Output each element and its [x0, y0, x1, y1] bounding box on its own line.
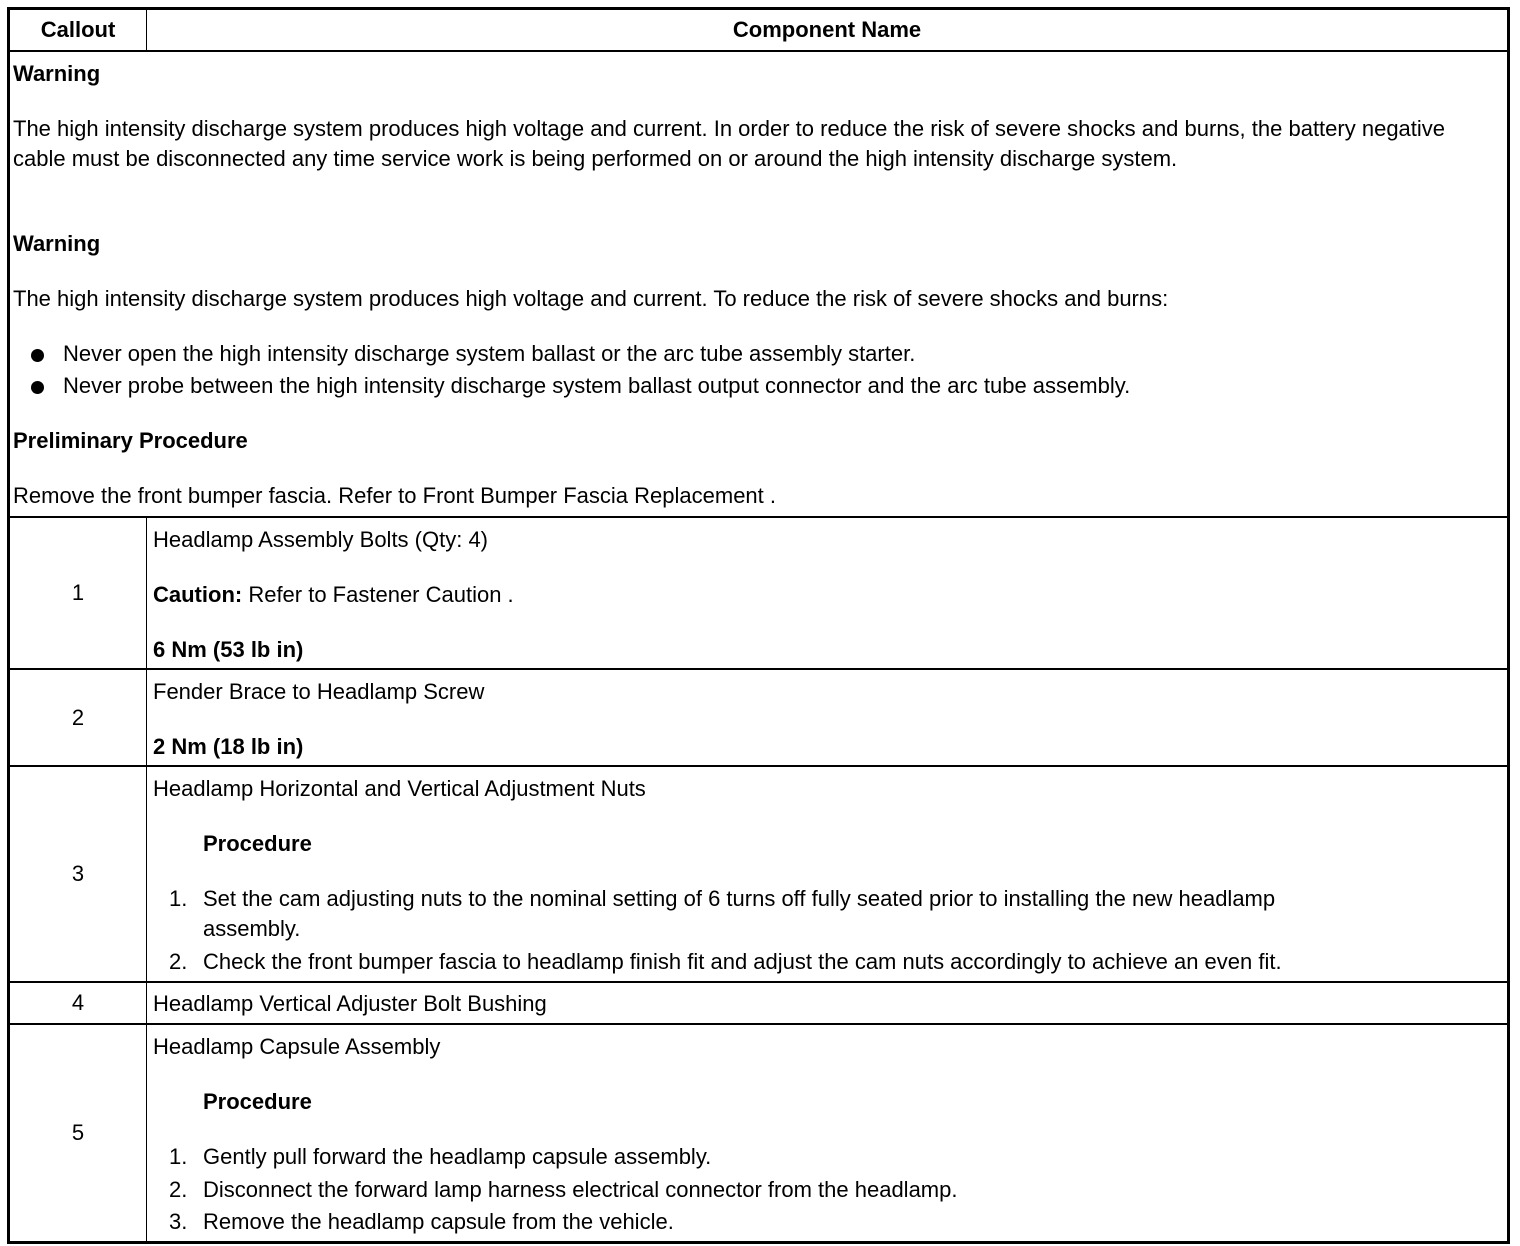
table-row: 1 Headlamp Assembly Bolts (Qty: 4) Cauti…: [10, 516, 1507, 668]
component-cell: Headlamp Horizontal and Vertical Adjustm…: [147, 767, 1507, 981]
component-table: Callout Component Name Warning The high …: [7, 7, 1510, 1244]
step-text: Disconnect the forward lamp harness elec…: [203, 1178, 957, 1202]
warning-text-1: The high intensity discharge system prod…: [13, 114, 1473, 174]
step-number: 1.: [169, 887, 187, 911]
step-text: Check the front bumper fascia to headlam…: [203, 950, 1282, 974]
component-cell: Headlamp Vertical Adjuster Bolt Bushing: [147, 983, 1507, 1023]
callout-cell: 3: [10, 767, 147, 981]
torque-spec: 6 Nm (53 lb in): [153, 638, 303, 662]
component-name: Fender Brace to Headlamp Screw: [153, 680, 484, 704]
table-row: 4 Headlamp Vertical Adjuster Bolt Bushin…: [10, 981, 1507, 1023]
component-name: Headlamp Horizontal and Vertical Adjustm…: [153, 777, 646, 801]
warning-text-2: The high intensity discharge system prod…: [13, 287, 1168, 311]
bullet-icon: [31, 381, 44, 394]
table-header-row: Callout Component Name: [10, 10, 1507, 50]
warning-title-2: Warning: [13, 232, 100, 256]
component-name: Headlamp Vertical Adjuster Bolt Bushing: [153, 992, 547, 1016]
header-callout: Callout: [10, 10, 147, 50]
preliminary-text: Remove the front bumper fascia. Refer to…: [13, 484, 776, 508]
step-number: 3.: [169, 1210, 187, 1234]
step-text: Remove the headlamp capsule from the veh…: [203, 1210, 674, 1234]
step-number: 2.: [169, 1178, 187, 1202]
callout-cell: 4: [10, 983, 147, 1023]
warning-bullet-2: Never probe between the high intensity d…: [63, 374, 1130, 398]
caution-line: Caution: Refer to Fastener Caution .: [153, 583, 514, 607]
preliminary-title: Preliminary Procedure: [13, 429, 248, 453]
callout-cell: 1: [10, 518, 147, 668]
callout-cell: 5: [10, 1025, 147, 1241]
torque-spec: 2 Nm (18 lb in): [153, 735, 303, 759]
step-number: 2.: [169, 950, 187, 974]
procedure-title: Procedure: [203, 1090, 312, 1114]
step-number: 1.: [169, 1145, 187, 1169]
procedure-title: Procedure: [203, 832, 312, 856]
warnings-section: Warning The high intensity discharge sys…: [10, 50, 1507, 516]
component-cell: Fender Brace to Headlamp Screw 2 Nm (18 …: [147, 670, 1507, 765]
step-text: Gently pull forward the headlamp capsule…: [203, 1145, 711, 1169]
header-component-name-text: Component Name: [733, 17, 921, 43]
bullet-icon: [31, 349, 44, 362]
component-cell: Headlamp Capsule Assembly Procedure 1. G…: [147, 1025, 1507, 1241]
step-text: Set the cam adjusting nuts to the nomina…: [203, 887, 1275, 911]
step-text-continued: assembly.: [203, 917, 300, 941]
callout-cell: 2: [10, 670, 147, 765]
table-row: 2 Fender Brace to Headlamp Screw 2 Nm (1…: [10, 668, 1507, 765]
warning-bullet-1: Never open the high intensity discharge …: [63, 342, 915, 366]
caution-label: Caution:: [153, 582, 242, 607]
component-name: Headlamp Assembly Bolts (Qty: 4): [153, 528, 488, 552]
component-name: Headlamp Capsule Assembly: [153, 1035, 440, 1059]
table-row: 3 Headlamp Horizontal and Vertical Adjus…: [10, 765, 1507, 981]
warning-title-1: Warning: [13, 62, 100, 86]
caution-text: Refer to Fastener Caution .: [242, 582, 513, 607]
header-component-name: Component Name: [147, 10, 1507, 50]
component-cell: Headlamp Assembly Bolts (Qty: 4) Caution…: [147, 518, 1507, 668]
table-row: 5 Headlamp Capsule Assembly Procedure 1.…: [10, 1023, 1507, 1241]
